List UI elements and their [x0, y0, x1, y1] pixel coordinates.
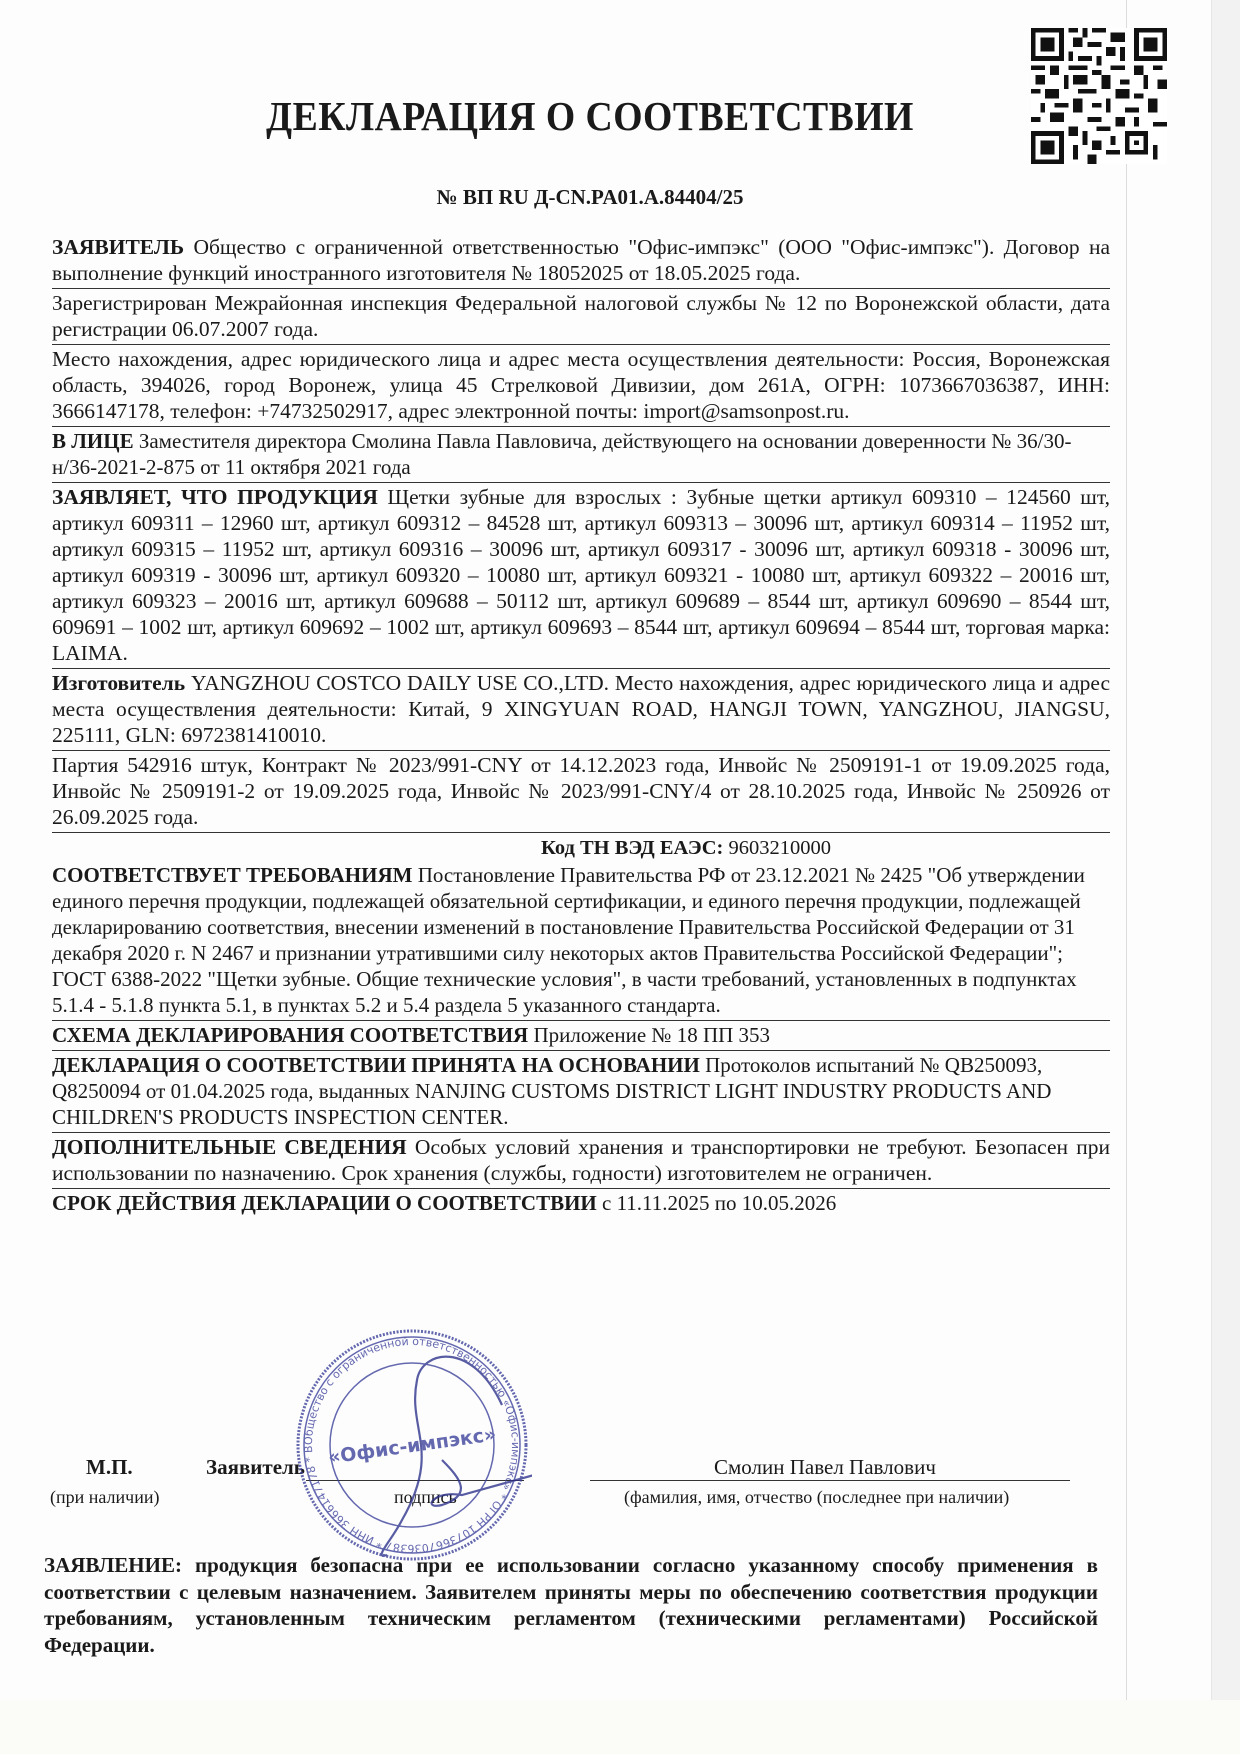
name-line	[590, 1480, 1070, 1481]
declaration-number: № ВП RU Д-CN.PA01.A.84404/25	[0, 185, 1180, 210]
section-scheme: СХЕМА ДЕКЛАРИРОВАНИЯ СООТВЕТСТВИЯ Прилож…	[52, 1021, 1110, 1051]
representative-text: Заместителя директора Смолина Павла Павл…	[52, 429, 1071, 479]
additional-label: ДОПОЛНИТЕЛЬНЫЕ СВЕДЕНИЯ	[52, 1135, 407, 1159]
address-text: Место нахождения, адрес юридического лиц…	[52, 347, 1110, 423]
tn-ved-label: Код ТН ВЭД ЕАЭС:	[541, 837, 723, 859]
signature-sublabel: подпись	[394, 1487, 457, 1508]
section-product: ЗАЯВЛЯЕТ, ЧТО ПРОДУКЦИЯ Щетки зубные для…	[52, 483, 1110, 669]
tn-ved-code: Код ТН ВЭД ЕАЭС: 9603210000	[52, 835, 1110, 861]
applicant-text: Общество с ограниченной ответственностью…	[52, 235, 1110, 285]
manufacturer-text: YANGZHOU COSTCO DAILY USE CO.,LTD. Место…	[52, 671, 1110, 747]
product-label: ЗАЯВЛЯЕТ, ЧТО ПРОДУКЦИЯ	[52, 485, 378, 509]
section-batch: Партия 542916 штук, Контракт № 2023/991-…	[52, 751, 1110, 833]
company-stamp-icon: Общество с ограниченной ответственностью…	[292, 1320, 532, 1570]
seal-label: М.П.	[86, 1455, 133, 1480]
declaration-body: ЗАЯВИТЕЛЬ Общество с ограниченной ответс…	[52, 233, 1110, 1218]
section-additional: ДОПОЛНИТЕЛЬНЫЕ СВЕДЕНИЯ Особых условий х…	[52, 1133, 1110, 1189]
scan-bottom-margin	[0, 1700, 1240, 1754]
name-sublabel: (фамилия, имя, отчество (последнее при н…	[624, 1487, 1009, 1508]
section-validity: СРОК ДЕЙСТВИЯ ДЕКЛАРАЦИИ О СООТВЕТСТВИИ …	[52, 1189, 1110, 1218]
requirements-label: СООТВЕТСТВУЕТ ТРЕБОВАНИЯМ	[52, 863, 412, 887]
section-requirements: СООТВЕТСТВУЕТ ТРЕБОВАНИЯМ Постановление …	[52, 861, 1110, 1021]
scheme-text: Приложение № 18 ПП 353	[533, 1023, 770, 1047]
validity-text: с 11.11.2025 по 10.05.2026	[602, 1191, 836, 1215]
section-registration: Зарегистрирован Межрайонная инспекция Фе…	[52, 289, 1110, 345]
seal-sublabel: (при наличии)	[50, 1487, 159, 1508]
section-representative: В ЛИЦЕ Заместителя директора Смолина Пав…	[52, 427, 1110, 483]
statement-label: ЗАЯВЛЕНИЕ:	[44, 1553, 182, 1577]
product-text: Щетки зубные для взрослых : Зубные щетки…	[52, 485, 1110, 665]
signatory-name: Смолин Павел Павлович	[714, 1455, 936, 1480]
registration-text: Зарегистрирован Межрайонная инспекция Фе…	[52, 291, 1110, 341]
applicant-signature-label: Заявитель	[206, 1455, 305, 1480]
scan-edge	[1211, 0, 1240, 1700]
signature-block: М.П. (при наличии) Заявитель подпись Смо…	[0, 1455, 1240, 1525]
scheme-label: СХЕМА ДЕКЛАРИРОВАНИЯ СООТВЕТСТВИЯ	[52, 1023, 528, 1047]
section-manufacturer: Изготовитель YANGZHOU COSTCO DAILY USE C…	[52, 669, 1110, 751]
applicant-label: ЗАЯВИТЕЛЬ	[52, 235, 184, 259]
manufacturer-label: Изготовитель	[52, 671, 185, 695]
representative-label: В ЛИЦЕ	[52, 429, 134, 453]
batch-text: Партия 542916 штук, Контракт № 2023/991-…	[52, 753, 1110, 829]
section-basis: ДЕКЛАРАЦИЯ О СООТВЕТСТВИИ ПРИНЯТА НА ОСН…	[52, 1051, 1110, 1133]
section-applicant: ЗАЯВИТЕЛЬ Общество с ограниченной ответс…	[52, 233, 1110, 289]
basis-label: ДЕКЛАРАЦИЯ О СООТВЕТСТВИИ ПРИНЯТА НА ОСН…	[52, 1053, 700, 1077]
tn-ved-value: 9603210000	[728, 837, 831, 859]
statement: ЗАЯВЛЕНИЕ: продукция безопасна при ее ис…	[44, 1552, 1098, 1658]
validity-label: СРОК ДЕЙСТВИЯ ДЕКЛАРАЦИИ О СООТВЕТСТВИИ	[52, 1191, 597, 1215]
page-title: ДЕКЛАРАЦИЯ О СООТВЕТСТВИИ	[47, 92, 1133, 140]
signature-line	[306, 1480, 524, 1481]
statement-text: продукция безопасна при ее использовании…	[44, 1553, 1098, 1657]
section-address: Место нахождения, адрес юридического лиц…	[52, 345, 1110, 427]
